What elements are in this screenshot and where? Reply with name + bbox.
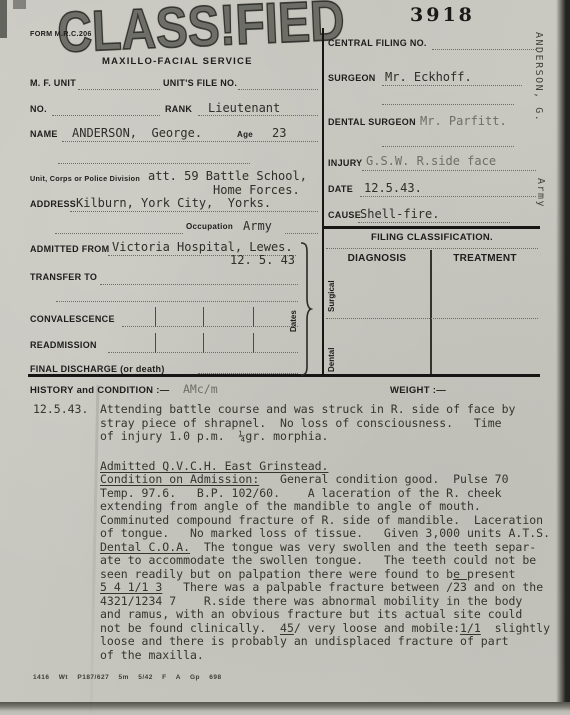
diagnosis-header: DIAGNOSIS	[324, 253, 430, 264]
admitted-from-label: ADMITTED FROM	[30, 244, 109, 254]
admitted-date-value: 12. 5. 43	[230, 253, 295, 267]
final-discharge-line	[198, 372, 298, 374]
history-line: 5 4 1/1 3 There was a palpable fracture …	[33, 581, 565, 595]
history-line: ate to accommodate the swollen tongue. T…	[33, 554, 565, 568]
injury-value: G.S.W. R.side face	[366, 154, 496, 168]
surgeon-label: SURGEON	[328, 73, 376, 83]
injury-line	[362, 169, 536, 171]
service-title: MAXILLO-FACIAL SERVICE	[102, 56, 253, 67]
age-value: 23	[272, 126, 286, 140]
date-label: DATE	[328, 184, 353, 194]
convalescence-tick	[155, 307, 156, 327]
readmission-label: READMISSION	[30, 340, 97, 350]
history-line: Admitted Q.V.C.H. East Grinstead.	[33, 460, 565, 474]
history-ref: AMc/m	[183, 382, 218, 396]
dates-label: Dates	[289, 284, 298, 332]
address-label: ADDRESS	[30, 199, 76, 209]
history-line: of injury 1.0 p.m. ¼gr. morphia.	[33, 430, 565, 444]
surgical-row-label: Surgical	[327, 260, 336, 312]
readmission-tick	[155, 333, 156, 353]
margin-patient-name: ANDERSON, G.	[533, 32, 544, 122]
mf-unit-label: M. F. UNIT	[30, 78, 76, 88]
history-line: of tongue. No marked loss of tissue. Giv…	[33, 527, 565, 541]
rank-line	[198, 114, 318, 116]
history-line: of the maxilla.	[33, 649, 565, 663]
filing-table-vline	[430, 250, 432, 374]
surgeon-value: Mr. Eckhoff.	[385, 70, 472, 84]
filing-classification-title: FILING CLASSIFICATION.	[324, 232, 540, 243]
dental-row-label: Dental	[327, 328, 336, 372]
history-line: 12.5.43.Attending battle course and was …	[33, 403, 565, 417]
history-line: seen readily but on palpation there were…	[33, 568, 565, 582]
date-line	[360, 195, 536, 197]
corner-mark	[0, 0, 7, 38]
dates-brace	[299, 242, 313, 376]
convalescence-tick	[253, 307, 254, 327]
filing-table-mid-line	[326, 317, 538, 319]
central-filing-line	[432, 48, 536, 50]
dental-surgeon-line	[382, 145, 514, 147]
unit-corps-value-1: att. 59 Battle School,	[148, 169, 307, 183]
unit-corps-value-2: Home Forces.	[213, 183, 300, 197]
history-line: Condition on Admission: General conditio…	[33, 473, 565, 487]
address-value: Kilburn, York City, Yorks.	[76, 196, 271, 210]
blank-line-1	[58, 162, 250, 164]
header-bottom-rule	[28, 374, 540, 377]
rank-label: RANK	[165, 104, 192, 114]
history-line: loose and there is probably an undisplac…	[33, 635, 565, 649]
history-line: Temp. 97.6. B.P. 102/60. A laceration of…	[33, 487, 565, 501]
name-line	[62, 140, 318, 142]
readmission-tick	[203, 333, 204, 353]
cause-value: Shell-fire.	[360, 207, 439, 221]
transfer-to-line	[100, 283, 298, 285]
name-value: ANDERSON, George.	[72, 126, 202, 140]
blank-line-2	[56, 300, 298, 302]
dental-surgeon-label: DENTAL SURGEON	[328, 117, 416, 127]
occupation-label: Occupation	[186, 222, 233, 231]
form-number: FORM M.R.C.206	[30, 29, 92, 38]
medical-record-card: CLASS!FIED 3918 FORM M.R.C.206 MAXILLO-F…	[0, 0, 570, 715]
units-file-no-line	[238, 88, 318, 90]
history-line: Dental C.O.A. The tongue was very swolle…	[33, 541, 565, 555]
age-label: Age	[237, 130, 253, 139]
history-line: not be found clinically. 45/ very loose …	[33, 622, 565, 636]
convalescence-tick	[203, 307, 204, 327]
final-discharge-label: FINAL DISCHARGE (or death)	[30, 364, 165, 374]
weight-label: WEIGHT :—	[390, 385, 446, 396]
admitted-from-value: Victoria Hospital, Lewes.	[112, 240, 293, 254]
units-file-no-label: UNIT'S FILE NO.	[163, 78, 237, 88]
occupation-line-right	[285, 232, 318, 234]
history-entry-date: 12.5.43.	[33, 403, 88, 417]
central-filing-label: CENTRAL FILING NO.	[328, 38, 427, 48]
bottom-page-edge	[0, 702, 570, 715]
cause-label: CAUSE	[328, 210, 361, 220]
column-divider	[322, 28, 324, 376]
surgeon-line	[382, 84, 522, 86]
convalescence-label: CONVALESCENCE	[30, 314, 115, 324]
margin-army: Army	[535, 178, 546, 208]
cause-line	[358, 221, 510, 223]
no-label: NO.	[30, 104, 47, 114]
transfer-to-label: TRANSFER TO	[30, 272, 97, 282]
address-line	[70, 210, 318, 212]
history-body: 12.5.43.Attending battle course and was …	[33, 403, 565, 662]
filing-table-top-line	[326, 247, 538, 249]
serial-number: 3918	[410, 4, 475, 26]
injury-label: INJURY	[328, 158, 362, 168]
history-title: HISTORY and CONDITION :—	[30, 385, 170, 396]
corner-mark-small	[13, 0, 26, 9]
history-line	[33, 444, 565, 460]
footer-imprint: 1416 Wt P187/627 5m 5/42 F A Gp 698	[33, 674, 222, 681]
history-line: Comminuted compound fracture of R. side …	[33, 514, 565, 528]
surgeon-line-2	[382, 103, 514, 105]
rank-value: Lieutenant	[208, 101, 280, 115]
history-line: 4321/1234 7 R.side there was abnormal mo…	[33, 595, 565, 609]
cause-bottom-rule	[324, 226, 540, 229]
convalescence-line	[122, 325, 298, 327]
unit-corps-label: Unit, Corps or Police Division	[30, 174, 140, 183]
occupation-value: Army	[243, 219, 272, 233]
history-line: and ramus, with an obvious fracture but …	[33, 608, 565, 622]
occupation-line-left	[55, 232, 183, 234]
history-line: extending from angle of the mandible to …	[33, 500, 565, 514]
history-line: stray piece of shrapnel. No loss of cons…	[33, 417, 565, 431]
date-value: 12.5.43.	[364, 181, 422, 195]
mf-unit-line	[78, 88, 160, 90]
dental-surgeon-value: Mr. Parfitt.	[420, 114, 507, 128]
readmission-tick	[253, 333, 254, 353]
treatment-header: TREATMENT	[430, 253, 540, 264]
name-label: NAME	[30, 129, 58, 139]
no-line	[52, 114, 160, 116]
